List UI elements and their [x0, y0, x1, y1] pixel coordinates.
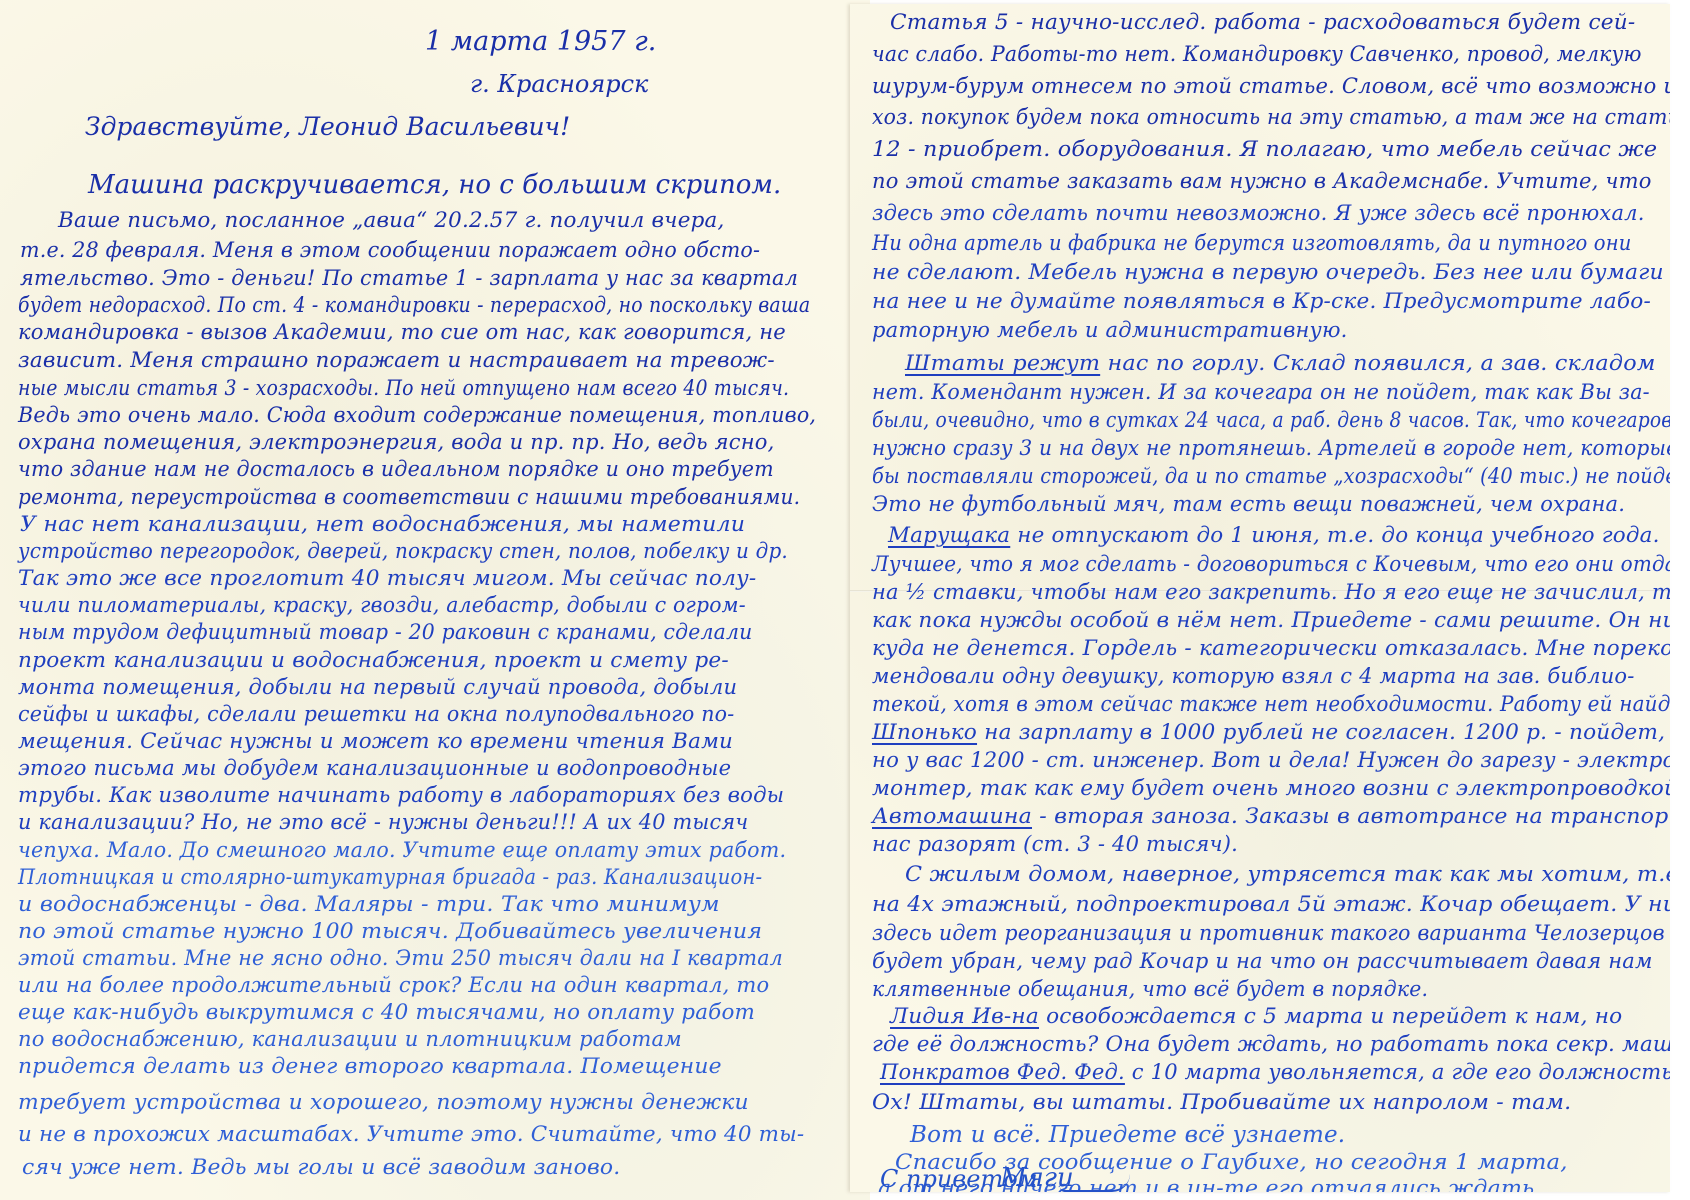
- text-line: где её должность? Она будет ждать, но ра…: [872, 1032, 1670, 1056]
- text-line: хоз. покупок будем пока относить на эту …: [872, 105, 1670, 129]
- text-line: на ½ ставки, чтобы нам его закрепить. Но…: [872, 580, 1670, 604]
- text-line: этого письма мы добудем канализационные …: [18, 756, 731, 780]
- text-line: раторную мебель и административную.: [872, 318, 1348, 342]
- text-line: С жилым домом, наверное, утрясется так к…: [905, 862, 1670, 886]
- text-line: ятельство. Это - деньги! По статье 1 - з…: [20, 266, 798, 290]
- text-line: по водоснабжению, канализации и плотницк…: [18, 1027, 682, 1051]
- text-line: здесь идет реорганизация и противник так…: [872, 921, 1665, 945]
- text-line: сейфы и шкафы, сделали решетки на окна п…: [18, 702, 734, 726]
- text-line: ные мысли статья 3 - хозрасходы. По ней …: [18, 376, 789, 400]
- text-line: по этой статье заказать вам нужно в Акад…: [872, 169, 1652, 193]
- text-line: Плотницкая и столярно-штукатурная бригад…: [18, 865, 762, 889]
- underlined-name: Лидия Ив-на: [890, 1004, 1039, 1028]
- text-line: т.е. 28 февраля. Меня в этом сообщении п…: [20, 238, 760, 262]
- text-line: что здание нам не досталось в идеальном …: [18, 457, 774, 481]
- text-line: мещения. Сейчас нужны и может ко времени…: [18, 729, 733, 753]
- letter-page-1: 1 марта 1957 г. г. Красноярск Здравствуй…: [0, 0, 870, 1200]
- text-line: на нее и не думайте появляться в Кр-ске.…: [872, 289, 1651, 313]
- letter-date: 1 марта 1957 г.: [425, 26, 656, 57]
- text-line: не сделают. Мебель нужна в первую очеред…: [872, 260, 1664, 284]
- text-line: Ни одна артель и фабрика не берутся изго…: [872, 231, 1632, 255]
- underlined-name: Шпонько: [872, 720, 977, 744]
- text-line: сяч уже нет. Ведь мы голы и всё заводим …: [22, 1155, 620, 1179]
- text-line: или на более продолжительный срок? Если …: [18, 973, 769, 997]
- text-line: трубы. Как изволите начинать работу в ла…: [18, 783, 784, 807]
- text-line: но у вас 1200 - ст. инженер. Вот и дела!…: [872, 748, 1670, 772]
- text-line: как пока нужды особой в нём нет. Приедет…: [872, 608, 1670, 632]
- text-line: и канализации? Но, не это всё - нужны де…: [18, 810, 748, 834]
- text-line: Статья 5 - научно-исслед. работа - расхо…: [890, 10, 1635, 34]
- text-line: здесь это сделать почти невозможно. Я уж…: [872, 201, 1645, 225]
- text-line: были, очевидно, что в сутках 24 часа, а …: [872, 408, 1670, 432]
- text-line: командировка - вызов Академии, то сие от…: [18, 320, 786, 344]
- text-line: будет недорасход. По ст. 4 - командировк…: [18, 293, 810, 317]
- text-line: и водоснабженцы - два. Маляры - три. Так…: [18, 892, 720, 916]
- text-line: этой статьи. Мне не ясно одно. Эти 250 т…: [18, 946, 783, 970]
- text-line: час слабо. Работы-то нет. Командировку С…: [872, 42, 1642, 66]
- text-line: Вот и всё. Приедете всё узнаете.: [910, 1122, 1345, 1148]
- text-line: еще как-нибудь выкрутимся с 40 тысячами,…: [18, 1000, 755, 1024]
- text-line: клятвенные обещания, что всё будет в пор…: [872, 977, 1428, 1001]
- underlined-name: Марущака: [888, 523, 1010, 547]
- text-line: ным трудом дефицитный товар - 20 раковин…: [18, 620, 752, 644]
- text-line: мендовали одну девушку, которую взял с 4…: [872, 664, 1635, 688]
- text-line: Лучшее, что я мог сделать - договориться…: [872, 552, 1670, 576]
- text-line: Лидия Ив-на освобождается с 5 марта и пе…: [890, 1004, 1622, 1028]
- underlined-name: Автомашина: [872, 804, 1032, 828]
- text-line: нас разорят (ст. 3 - 40 тысяч).: [872, 832, 1238, 856]
- text-line: монтер, так как ему будет очень много во…: [872, 776, 1670, 800]
- text-line: Ваше письмо, посланное „авиа“ 20.2.57 г.…: [58, 208, 724, 232]
- text-line: шурум-бурум отнесем по этой статье. Слов…: [872, 74, 1670, 98]
- text-line: Ведь это очень мало. Сюда входит содержа…: [18, 403, 816, 427]
- text-line: Марущака не отпускают до 1 июня, т.е. до…: [888, 523, 1660, 547]
- text-line: Так это же все проглотит 40 тысяч мигом.…: [18, 566, 756, 590]
- text-line: нет. Комендант нужен. И за кочегара он н…: [872, 380, 1650, 404]
- text-line: Ох! Штаты, вы штаты. Пробивайте их напро…: [872, 1090, 1571, 1114]
- text-line: по этой статье нужно 100 тысяч. Добивайт…: [18, 919, 762, 943]
- letter-opening-line: Машина раскручивается, но с большим скри…: [88, 170, 781, 200]
- text-line: требует устройства и хорошего, поэтому н…: [18, 1090, 749, 1114]
- text-line: Штаты режут нас по горлу. Склад появился…: [905, 351, 1656, 375]
- text-line: чепуха. Мало. До смешного мало. Учтите е…: [18, 838, 786, 862]
- text-line: и не в прохожих масштабах. Учтите это. С…: [18, 1122, 804, 1146]
- text-line: охрана помещения, электроэнергия, вода и…: [18, 430, 775, 454]
- text-line: Шпонько на зарплату в 1000 рублей не сог…: [872, 720, 1665, 744]
- letter-page-2: Статья 5 - научно-исслед. работа - расхо…: [850, 4, 1670, 1192]
- text-line: проект канализации и водоснабжения, прое…: [18, 648, 729, 672]
- text-line: ремонта, переустройства в соответствии с…: [18, 485, 800, 509]
- text-line: зависит. Меня страшно поражает и настраи…: [18, 348, 775, 372]
- text-line: устройство перегородок, дверей, покраску…: [18, 539, 788, 563]
- text-line: У нас нет канализации, нет водоснабжения…: [20, 512, 745, 536]
- text-line: нужно сразу 3 и на двух не протянешь. Ар…: [872, 436, 1670, 460]
- text-line: Понкратов Фед. Фед. с 10 марта увольняет…: [880, 1060, 1670, 1084]
- text-line: на 4х этажный, подпроектировал 5й этаж. …: [872, 892, 1670, 916]
- text-line: 12 - приобрет. оборудования. Я полагаю, …: [872, 137, 1657, 161]
- text-line: текой, хотя в этом сейчас также нет необ…: [872, 692, 1670, 716]
- underlined-name: Штаты режут: [905, 351, 1100, 375]
- underlined-name: Понкратов Фед. Фед.: [880, 1060, 1125, 1084]
- text-line: придется делать из денег второго квартал…: [18, 1054, 722, 1078]
- text-line: куда не денется. Гордель - категорически…: [872, 636, 1670, 660]
- letter-city: г. Красноярск: [470, 70, 648, 98]
- text-line: Это не футбольный мяч, там есть вещи пов…: [872, 492, 1625, 516]
- text-line: бы поставляли сторожей, да и по статье „…: [872, 464, 1670, 488]
- signature-flourish: [1060, 1174, 1130, 1192]
- text-line: будет убран, чему рад Кочар и на что он …: [872, 949, 1653, 973]
- letter-greeting: Здравствуйте, Леонид Васильевич!: [85, 112, 570, 141]
- text-line: чили пиломатериалы, краску, гвозди, алеб…: [18, 593, 746, 617]
- scanned-letter: 1 марта 1957 г. г. Красноярск Здравствуй…: [0, 0, 1690, 1200]
- text-line: монта помещения, добыли на первый случай…: [18, 675, 737, 699]
- text-line: Автомашина - вторая заноза. Заказы в авт…: [872, 804, 1670, 828]
